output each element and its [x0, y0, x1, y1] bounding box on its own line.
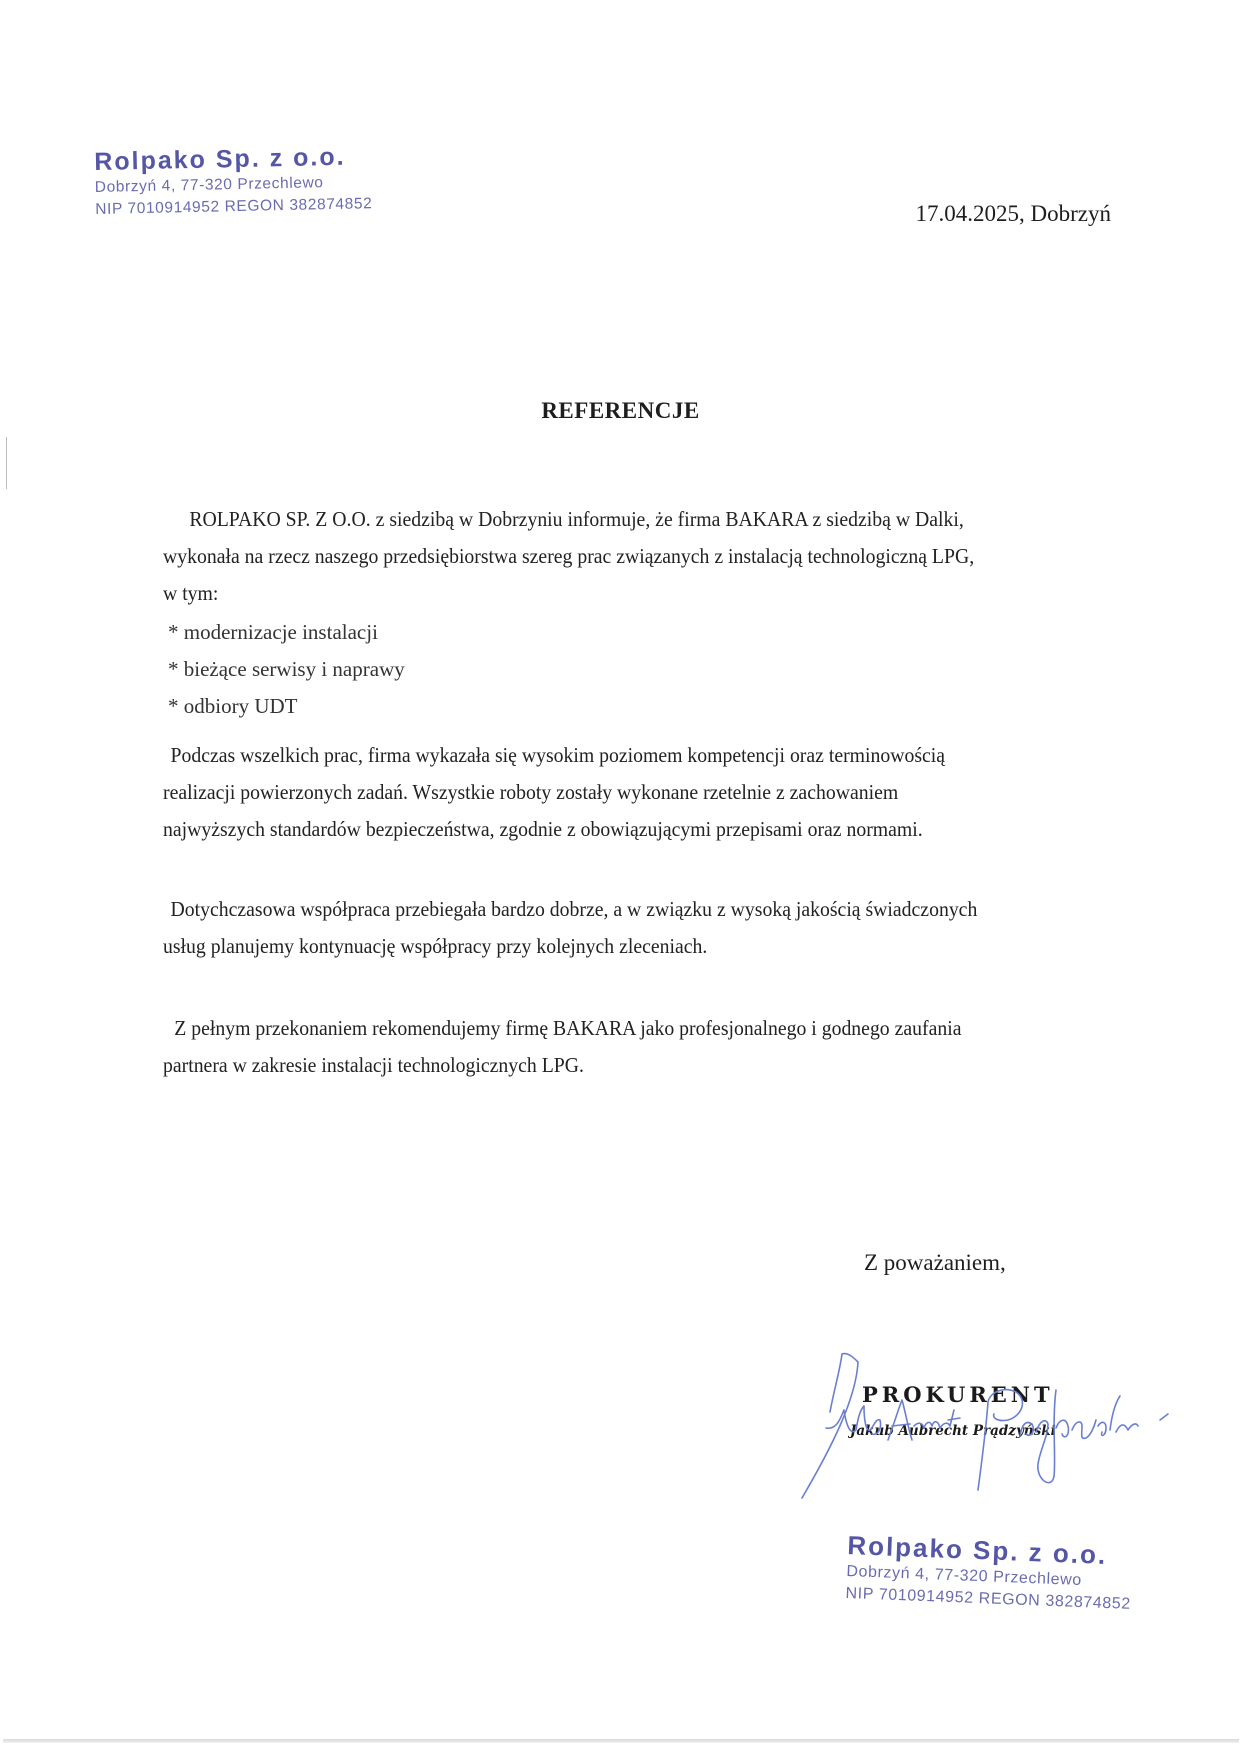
- list-item: * odbiory UDT: [168, 688, 405, 725]
- list-item: * modernizacje instalacji: [168, 614, 405, 651]
- list-item: * bieżące serwisy i naprawy: [168, 651, 405, 688]
- text-line: w tym:: [163, 575, 1065, 612]
- paragraph-cooperation: Dotychczasowa współpraca przebiegała bar…: [163, 891, 1065, 965]
- text-line: ROLPAKO SP. Z O.O. z siedzibą w Dobrzyni…: [163, 501, 1065, 538]
- text-line: Z pełnym przekonaniem rekomendujemy firm…: [163, 1010, 1065, 1047]
- text-line: realizacji powierzonych zadań. Wszystkie…: [163, 774, 1065, 811]
- text-line: najwyższych standardów bezpieczeństwa, z…: [163, 811, 1065, 848]
- signature-block: PROKURENT Jakub Aubrecht Prądzyński: [790, 1340, 1190, 1510]
- text-line: wykonała na rzecz naszego przedsiębiorst…: [163, 538, 1065, 575]
- scan-edge-bottom: [3, 1739, 1239, 1743]
- paragraph-competence: Podczas wszelkich prac, firma wykazała s…: [163, 737, 1065, 848]
- paragraph-recommendation: Z pełnym przekonaniem rekomendujemy firm…: [163, 1010, 1065, 1084]
- text-line: Dotychczasowa współpraca przebiegała bar…: [163, 891, 1065, 928]
- scan-edge-left: [6, 437, 7, 489]
- text-line: Podczas wszelkich prac, firma wykazała s…: [163, 737, 1065, 774]
- stamp-company-name: Rolpako Sp. z o.o.: [94, 142, 372, 177]
- text-line: partnera w zakresie instalacji technolog…: [163, 1047, 1065, 1084]
- date-place: 17.04.2025, Dobrzyń: [916, 201, 1111, 227]
- closing-salutation: Z poważaniem,: [864, 1250, 1006, 1276]
- paragraph-intro: ROLPAKO SP. Z O.O. z siedzibą w Dobrzyni…: [163, 501, 1065, 612]
- text-line: usług planujemy kontynuację współpracy p…: [163, 928, 1065, 965]
- handwritten-signature-icon: [790, 1340, 1190, 1510]
- company-stamp-header: Rolpako Sp. z o.o. Dobrzyń 4, 77-320 Prz…: [94, 142, 373, 221]
- company-stamp-footer: Rolpako Sp. z o.o. Dobrzyń 4, 77-320 Prz…: [845, 1530, 1133, 1616]
- document-title: REFERENCJE: [0, 398, 1241, 424]
- stamp-tax-ids: NIP 7010914952 REGON 382874852: [95, 193, 373, 221]
- work-list: * modernizacje instalacji * bieżące serw…: [168, 614, 405, 725]
